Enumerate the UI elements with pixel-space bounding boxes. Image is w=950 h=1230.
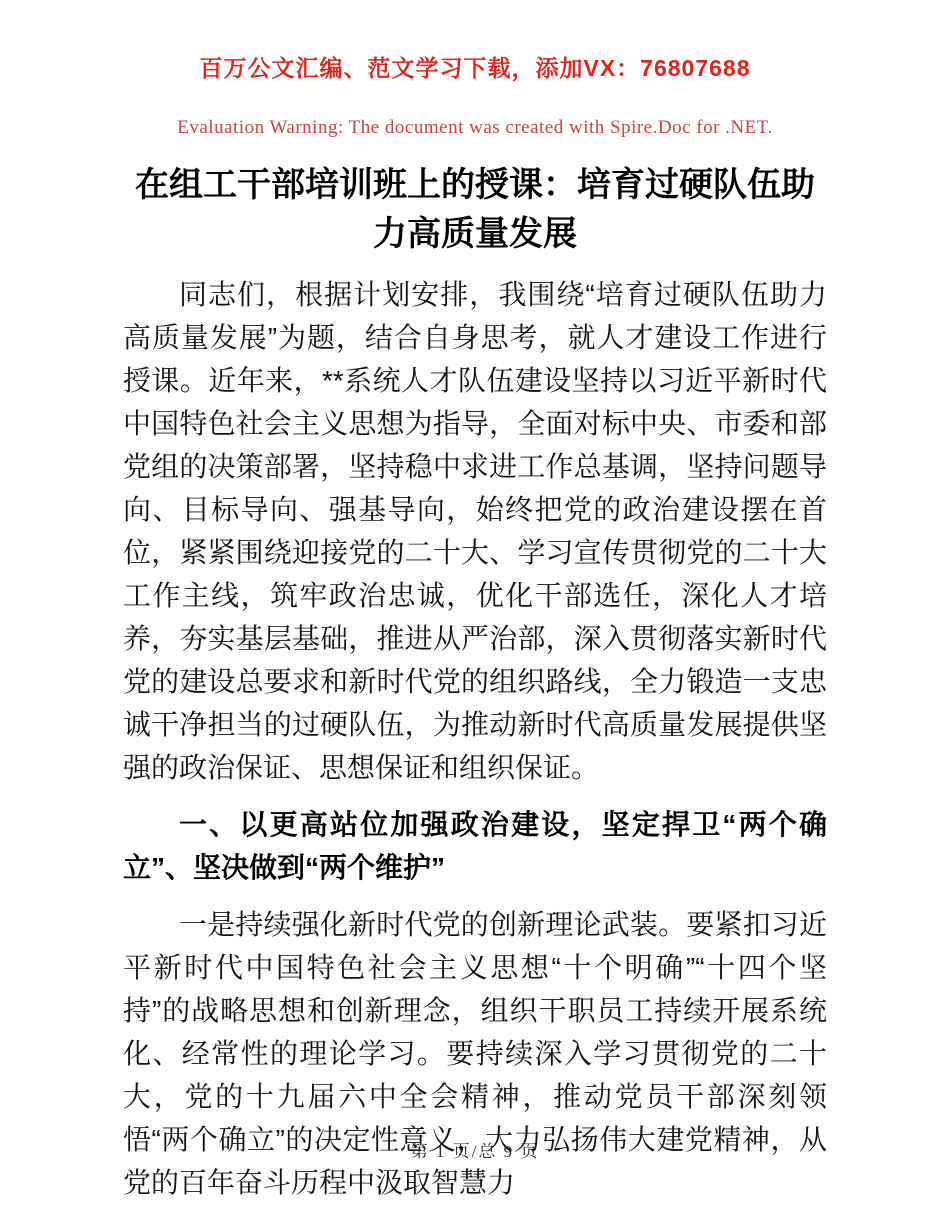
section-heading: 一、以更高站位加强政治建设，坚定捍卫“两个确立”、坚决做到“两个维护” xyxy=(123,803,827,889)
page-indicator: 第 1 页/总 9 页 xyxy=(411,1142,540,1161)
document-page: 百万公文汇编、范文学习下载，添加VX：76807688 Evaluation W… xyxy=(0,0,950,1230)
page-footer: 第 1 页/总 9 页 xyxy=(0,1137,950,1162)
promo-banner: 百万公文汇编、范文学习下载，添加VX：76807688 xyxy=(0,0,950,83)
evaluation-warning: Evaluation Warning: The document was cre… xyxy=(0,117,950,139)
document-body: 同志们，根据计划安排，我围绕“培育过硬队伍助力高质量发展”为题，结合自身思考，就… xyxy=(123,273,827,1204)
body-paragraph: 同志们，根据计划安排，我围绕“培育过硬队伍助力高质量发展”为题，结合自身思考，就… xyxy=(123,273,827,789)
document-title: 在组工干部培训班上的授课：培育过硬队伍助力高质量发展 xyxy=(120,161,830,259)
